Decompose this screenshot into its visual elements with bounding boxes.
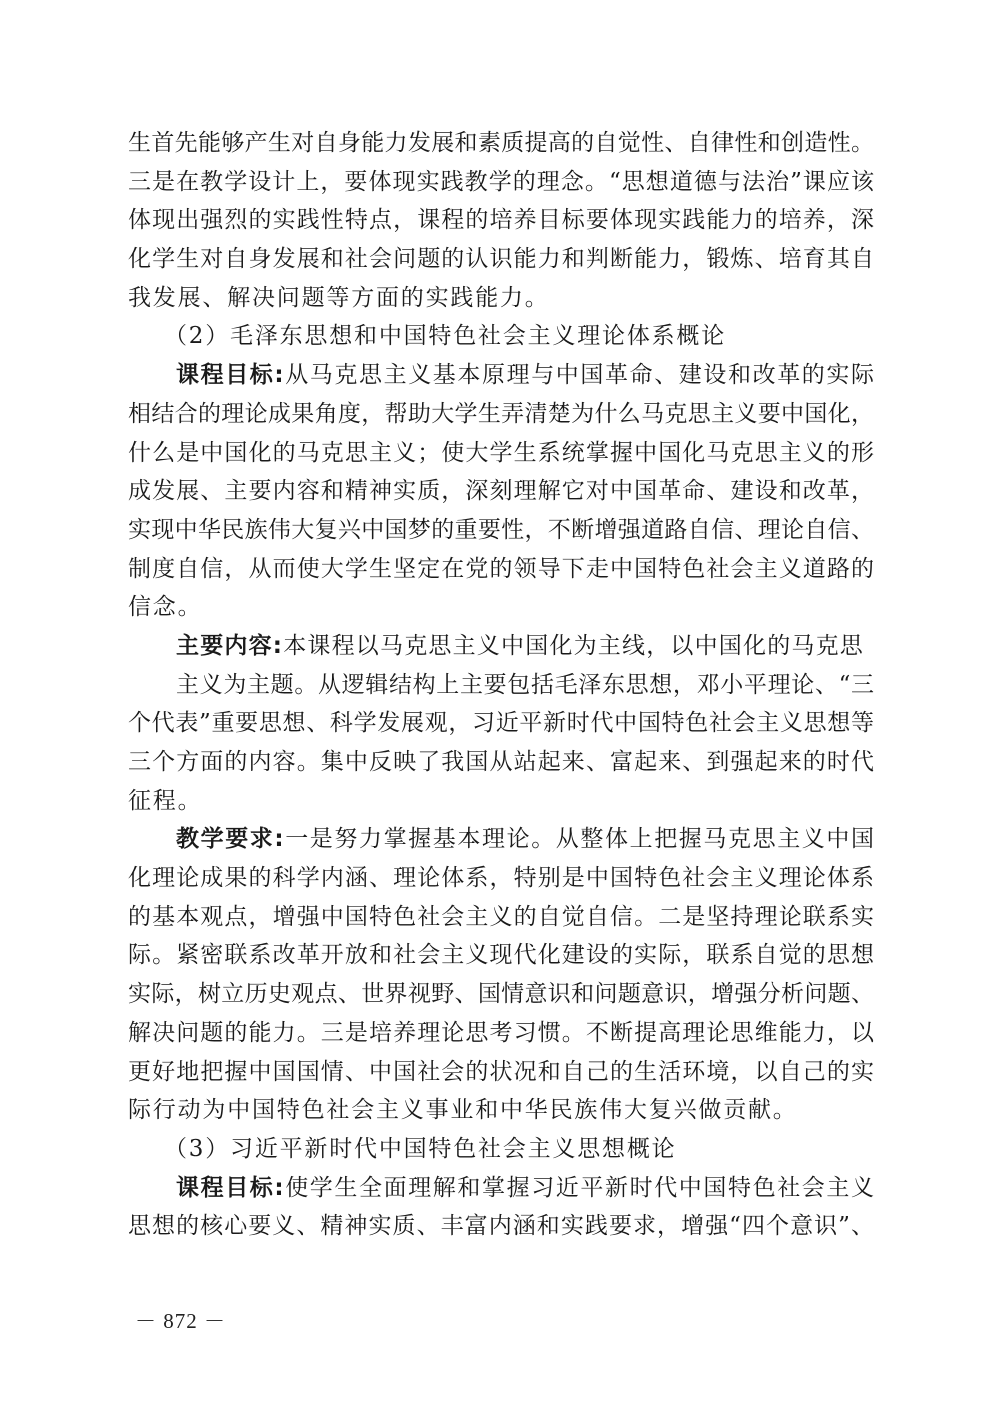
paragraph-line: 化学生对自身发展和社会问题的认识能力和判断能力，锻炼、培育其自	[128, 240, 874, 279]
teaching-requirement-label: 教学要求:	[176, 826, 284, 852]
paragraph-line: 际。紧密联系改革开放和社会主义现代化建设的实际，联系自觉的思想	[128, 936, 874, 975]
main-content-line: 主要内容:本课程以马克思主义中国化为主线，以中国化的马克思	[128, 627, 874, 666]
document-page: 生首先能够产生对自身能力发展和素质提高的自觉性、自律性和创造性。 三是在教学设计…	[128, 124, 874, 1246]
paragraph-line: 解决问题的能力。三是培养理论思考习惯。不断提高理论思维能力，以	[128, 1014, 874, 1053]
section-heading-3: （3）习近平新时代中国特色社会主义思想概论	[128, 1130, 874, 1169]
paragraph-line: 三是在教学设计上，要体现实践教学的理念。“思想道德与法治”课应该	[128, 163, 874, 202]
paragraph-line: 思想的核心要义、精神实质、丰富内涵和实践要求，增强“四个意识”、	[128, 1207, 874, 1246]
paragraph-line: 的基本观点，增强中国特色社会主义的自觉自信。二是坚持理论联系实	[128, 898, 874, 937]
paragraph-line: 际行动为中国特色社会主义事业和中华民族伟大复兴做贡献。	[128, 1091, 874, 1130]
course-goal-label: 课程目标:	[176, 362, 284, 388]
page-number: － 872 －	[135, 1305, 226, 1335]
paragraph-line: 成发展、主要内容和精神实质，深刻理解它对中国革命、建设和改革，	[128, 472, 874, 511]
paragraph-line: 主义为主题。从逻辑结构上主要包括毛泽东思想，邓小平理论、“三	[128, 666, 874, 705]
paragraph-line: 实际，树立历史观点、世界视野、国情意识和问题意识，增强分析问题、	[128, 975, 874, 1014]
paragraph-line: 三个方面的内容。集中反映了我国从站起来、富起来、到强起来的时代	[128, 743, 874, 782]
paragraph-line: 化理论成果的科学内涵、理论体系，特别是中国特色社会主义理论体系	[128, 859, 874, 898]
paragraph-line: 更好地把握中国国情、中国社会的状况和自己的生活环境，以自己的实	[128, 1053, 874, 1092]
main-content-label: 主要内容:	[176, 633, 283, 659]
paragraph-line: 什么是中国化的马克思主义；使大学生系统掌握中国化马克思主义的形	[128, 434, 874, 473]
paragraph-line: 征程。	[128, 782, 874, 821]
teaching-requirement-text: 一是努力掌握基本理论。从整体上把握马克思主义中国	[284, 826, 874, 852]
paragraph-line: 信念。	[128, 588, 874, 627]
paragraph-line: 实现中华民族伟大复兴中国梦的重要性，不断增强道路自信、理论自信、	[128, 511, 874, 550]
course-goal-text: 从马克思主义基本原理与中国革命、建设和改革的实际	[284, 362, 874, 388]
course-goal-line: 课程目标:使学生全面理解和掌握习近平新时代中国特色社会主义	[128, 1169, 874, 1208]
paragraph-line: 体现出强烈的实践性特点，课程的培养目标要体现实践能力的培养，深	[128, 201, 874, 240]
paragraph-line: 制度自信，从而使大学生坚定在党的领导下走中国特色社会主义道路的	[128, 550, 874, 589]
teaching-requirement-line: 教学要求:一是努力掌握基本理论。从整体上把握马克思主义中国	[128, 820, 874, 859]
paragraph-line: 我发展、解决问题等方面的实践能力。	[128, 279, 874, 318]
course-goal-label: 课程目标:	[176, 1175, 284, 1201]
course-goal-text: 使学生全面理解和掌握习近平新时代中国特色社会主义	[284, 1175, 874, 1201]
paragraph-line: 生首先能够产生对自身能力发展和素质提高的自觉性、自律性和创造性。	[128, 124, 874, 163]
section-heading-2: （2）毛泽东思想和中国特色社会主义理论体系概论	[128, 317, 874, 356]
paragraph-line: 相结合的理论成果角度，帮助大学生弄清楚为什么马克思主义要中国化，	[128, 395, 874, 434]
main-content-text: 本课程以马克思主义中国化为主线，以中国化的马克思	[283, 633, 864, 659]
course-goal-line: 课程目标:从马克思主义基本原理与中国革命、建设和改革的实际	[128, 356, 874, 395]
paragraph-line: 个代表”重要思想、科学发展观，习近平新时代中国特色社会主义思想等	[128, 704, 874, 743]
